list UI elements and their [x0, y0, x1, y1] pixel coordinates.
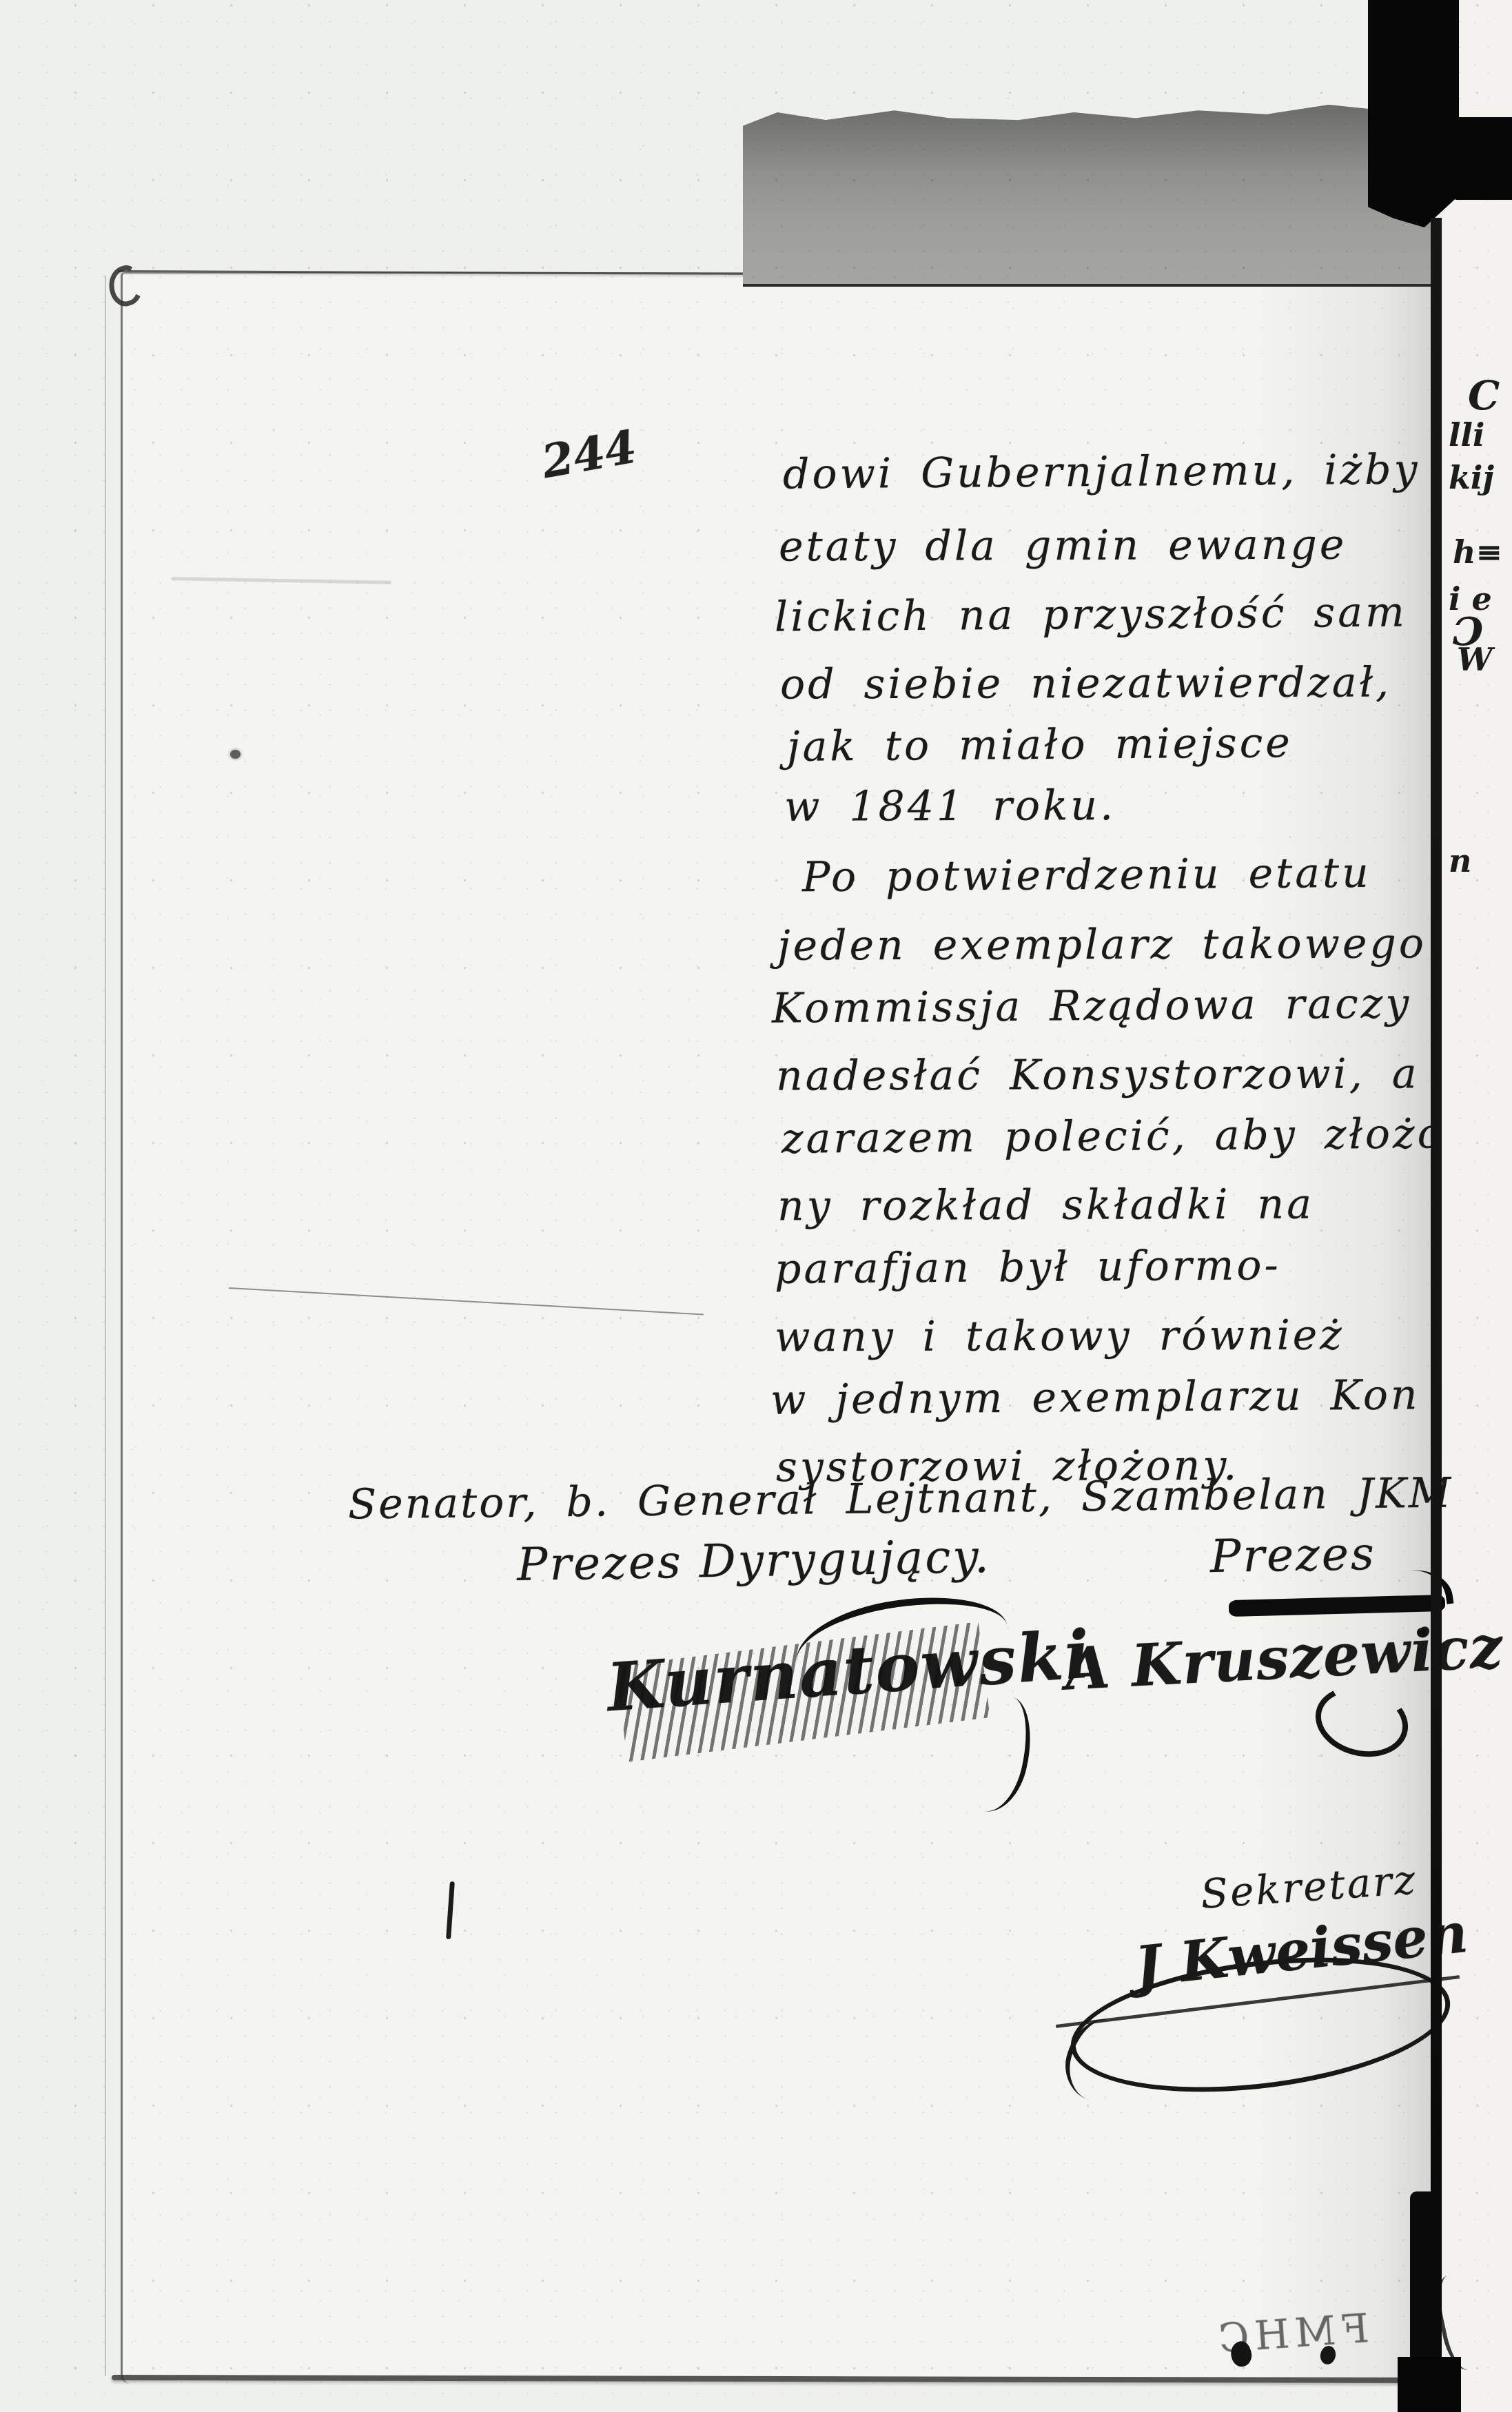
handwritten-line: lickich na przyszłość sam	[775, 588, 1407, 641]
adjacent-page-text-fragment: C	[1468, 372, 1500, 419]
adjacent-page-text-fragment: kij	[1449, 459, 1494, 496]
handwritten-line: wany i takowy również	[775, 1311, 1345, 1362]
handwritten-line: nadesłać Konsystorzowi, a	[776, 1050, 1420, 1100]
adjacent-page-text-fragment: n	[1449, 842, 1471, 879]
handwritten-line: Po potwierdzeniu etatu	[802, 849, 1371, 901]
book-gutter-corner	[1398, 2357, 1461, 2412]
book-gutter	[1431, 218, 1442, 2371]
signature-dot	[1417, 1628, 1427, 1637]
handwritten-line: Kommissja Rządowa raczy	[772, 979, 1412, 1032]
handwritten-line: w jednym exemplarzu Kon	[770, 1371, 1420, 1424]
left-role-label: Prezes Dyrygujący.	[516, 1530, 991, 1591]
handwritten-line: jeden exemplarz takowego	[777, 919, 1427, 970]
handwritten-line: ny rozkład składki na	[777, 1181, 1314, 1231]
adjacent-page-text-fragment: W	[1457, 641, 1493, 678]
handwritten-line: dowi Gubernjalnemu, iżby	[783, 445, 1420, 498]
book-gutter-lower	[1410, 2191, 1442, 2384]
right-role-label: Prezes	[1209, 1527, 1376, 1583]
photo-black-bar	[1368, 0, 1459, 227]
adjacent-page: C lli kij h≡ i e Ɔ W n	[1443, 0, 1512, 2412]
handwritten-line: etaty dla gmin ewange	[779, 521, 1347, 571]
handwritten-line: zarazem polecić, aby złożo	[781, 1110, 1445, 1163]
handwritten-line: jak to miało miejsce	[787, 719, 1293, 771]
overlapping-page-edge	[743, 95, 1432, 287]
ink-spot	[230, 750, 241, 759]
adjacent-page-text-fragment: lli	[1449, 416, 1484, 453]
handwritten-line: od siebie niezatwierdzał,	[780, 658, 1391, 708]
page-left-edge	[105, 276, 106, 2376]
photo-black-band	[1455, 117, 1512, 200]
handwritten-line: parafjan był uformo-	[775, 1241, 1281, 1294]
adjacent-page-text-fragment: h≡	[1453, 533, 1502, 571]
handwritten-line: w 1841 roku.	[784, 781, 1116, 831]
